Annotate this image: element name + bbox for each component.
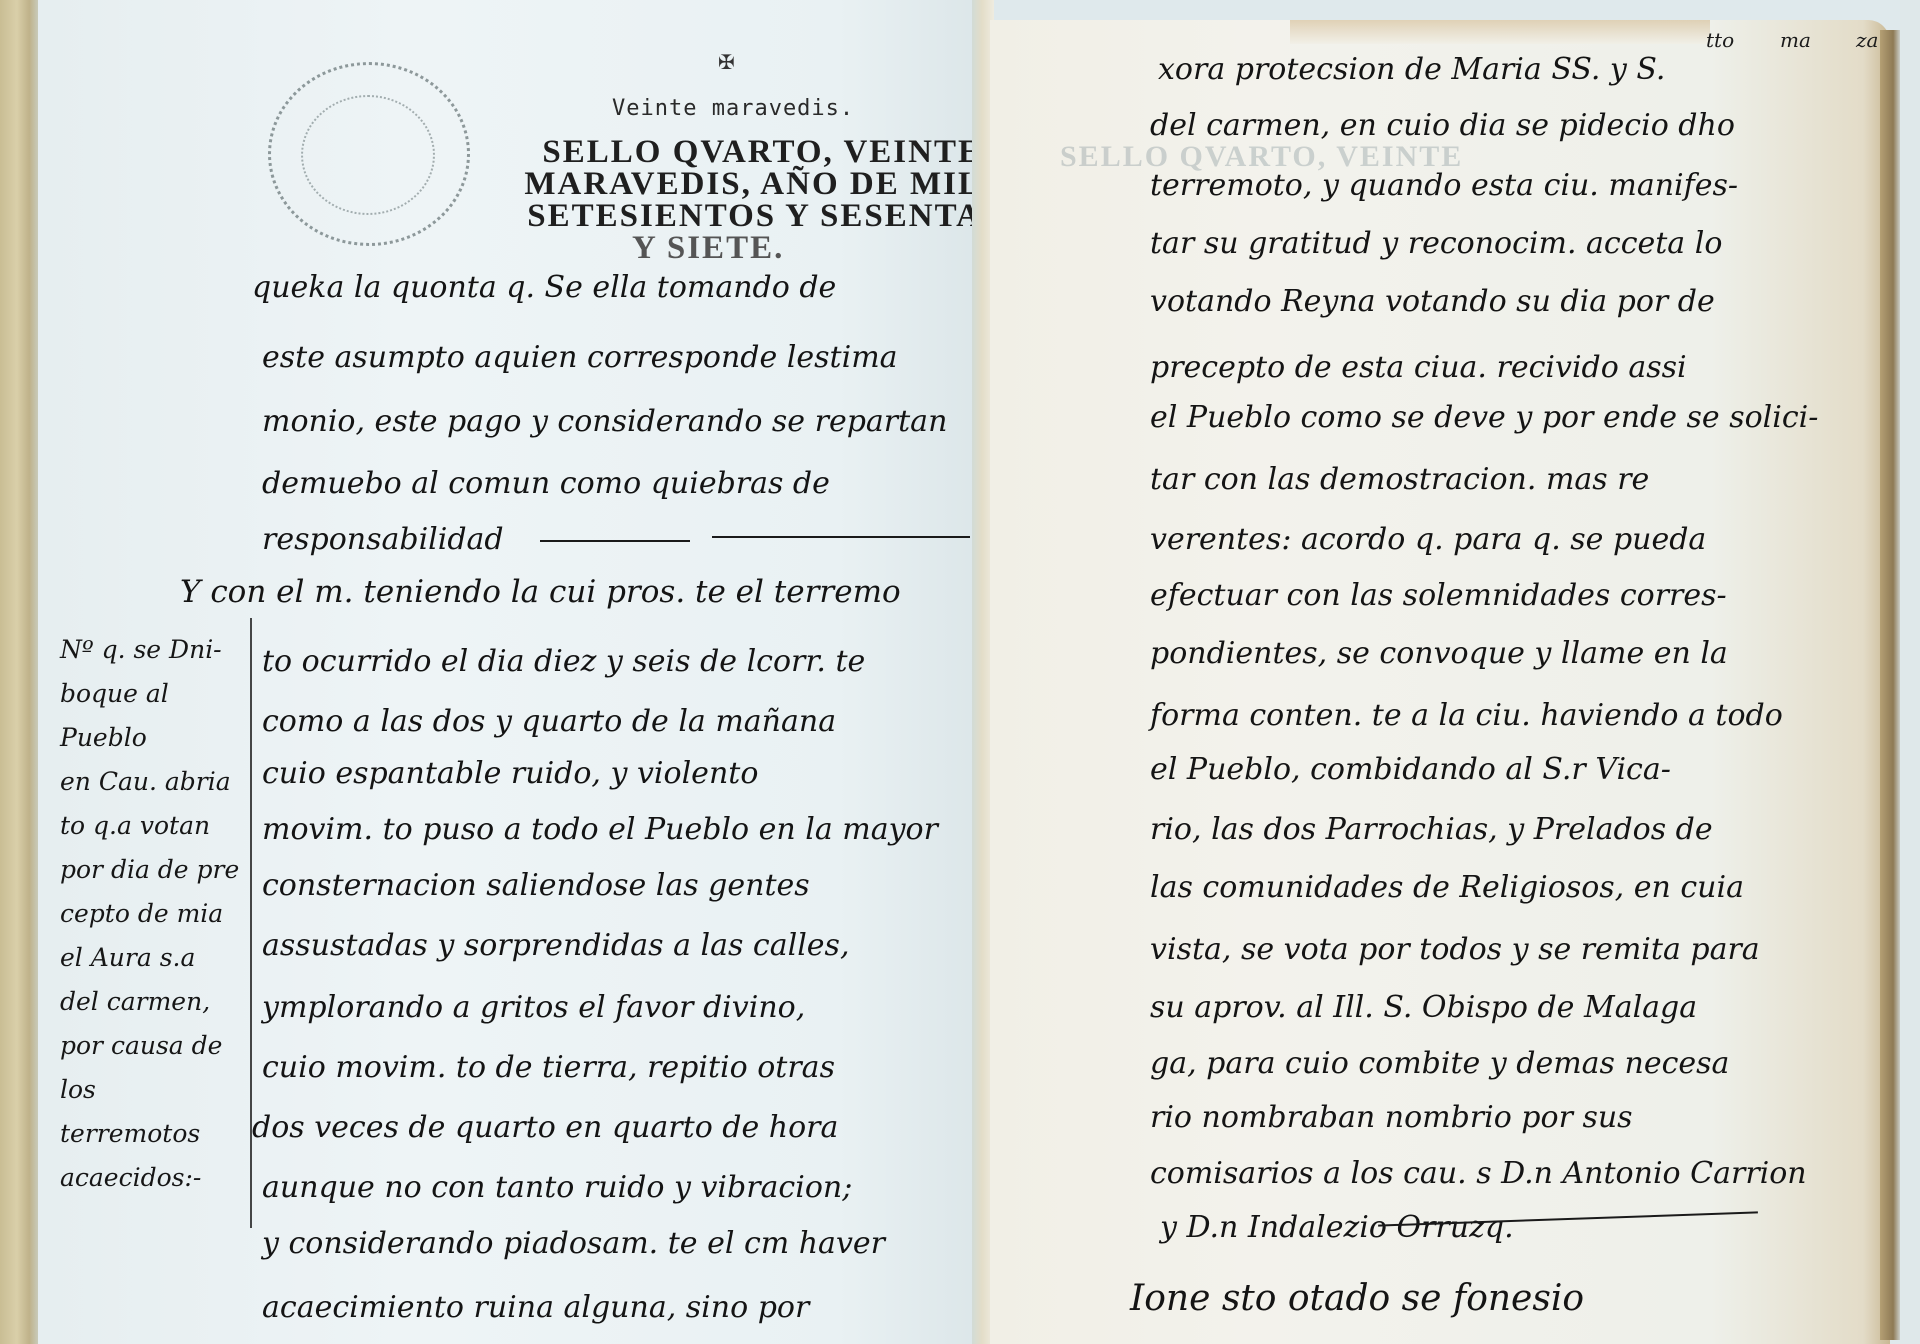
right-line: terremoto, y quando esta ciu. manifes- — [1150, 168, 1738, 203]
margin-annotation: Nº q. se Dni- boque al Pueblo en Cau. ab… — [60, 628, 250, 1200]
margin-line: del carmen, — [60, 980, 250, 1024]
left-line: acaecimiento ruina alguna, sino por — [262, 1290, 809, 1325]
stamp-heading: SELLO QVARTO, VEINTE MARAVEDIS, AÑO DE M… — [452, 136, 982, 264]
left-line: monio, este pago y considerando se repar… — [262, 404, 947, 439]
stamp-line: SELLO QVARTO, VEINTE — [452, 136, 982, 168]
left-line: consternacion saliendose las gentes — [262, 868, 810, 903]
right-line: tar su gratitud y reconocim. acceta lo — [1150, 226, 1722, 261]
right-line: xora protecsion de Maria SS. y S. — [1158, 52, 1665, 87]
margin-line: terremotos — [60, 1112, 250, 1156]
book-binding — [0, 0, 42, 1344]
left-line: como a las dos y quarto de la mañana — [262, 704, 836, 739]
right-line: precepto de esta ciua. recivido assi — [1150, 350, 1687, 385]
superscript: tto — [1706, 28, 1734, 52]
right-page — [990, 20, 1890, 1344]
right-line: rio nombraban nombrio por sus — [1150, 1100, 1633, 1135]
margin-line: acaecidos:- — [60, 1156, 250, 1200]
margin-line: por causa de los — [60, 1024, 250, 1112]
right-line: y D.n Indalezio Orruzq. — [1160, 1210, 1514, 1245]
signature-line: Ione sto otado se fonesio — [1130, 1278, 1584, 1319]
margin-line: en Cau. abria — [60, 760, 250, 804]
left-line: cuio movim. to de tierra, repitio otras — [262, 1050, 835, 1085]
right-line: rio, las dos Parrochias, y Prelados de — [1150, 812, 1713, 847]
manuscript-spread: ✠ Veinte maravedis. SELLO QVARTO, VEINTE… — [0, 0, 1920, 1344]
left-line: cuio espantable ruido, y violento — [262, 756, 758, 791]
stamp-seal-icon — [268, 62, 470, 246]
right-line: el Pueblo, combidando al S.r Vica- — [1150, 752, 1671, 787]
right-line: verentes: acordo q. para q. se pueda — [1150, 522, 1706, 557]
line-filler-rule — [540, 540, 690, 542]
left-line: dos veces de quarto en quarto de hora — [252, 1110, 838, 1145]
left-line: Y con el m. teniendo la cui pros. te el … — [180, 574, 901, 610]
margin-line: boque al Pueblo — [60, 672, 250, 760]
stamp-cross-icon: ✠ — [718, 50, 735, 74]
right-line: ga, para cuio combite y demas necesa — [1150, 1046, 1729, 1081]
stamp-subtitle: Veinte maravedis. — [612, 96, 854, 121]
right-line: votando Reyna votando su dia por de — [1150, 284, 1715, 319]
left-line: responsabilidad — [262, 522, 504, 557]
right-line: las comunidades de Religiosos, en cuia — [1150, 870, 1744, 905]
left-line: ymplorando a gritos el favor divino, — [262, 990, 805, 1025]
margin-line: por dia de pre — [60, 848, 250, 892]
left-line: aunque no con tanto ruido y vibracion; — [262, 1170, 852, 1205]
margin-line: el Aura s.a — [60, 936, 250, 980]
left-line: queka la quonta q. Se ella tomando de — [252, 270, 836, 305]
right-line: pondientes, se convoque y llame en la — [1150, 636, 1728, 671]
margin-divider-line — [250, 618, 252, 1228]
right-line: vista, se vota por todos y se remita par… — [1150, 932, 1760, 967]
background-surface — [1900, 0, 1920, 1344]
right-line: tar con las demostracion. mas re — [1150, 462, 1649, 497]
margin-line: to q.a votan — [60, 804, 250, 848]
left-line: assustadas y sorprendidas a las calles, — [262, 928, 849, 963]
superscript: ma — [1780, 28, 1811, 52]
right-line: forma conten. te a la ciu. haviendo a to… — [1150, 698, 1783, 733]
right-line: el Pueblo como se deve y por ende se sol… — [1150, 400, 1818, 435]
line-filler-rule — [712, 536, 970, 538]
margin-line: cepto de mia — [60, 892, 250, 936]
margin-line: Nº q. se Dni- — [60, 628, 250, 672]
left-line: movim. to puso a todo el Pueblo en la ma… — [262, 812, 938, 847]
stamp-line: SETESIENTOS Y SESENTA — [452, 200, 982, 232]
right-line: su aprov. al Ill. S. Obispo de Malaga — [1150, 990, 1697, 1025]
left-line: y considerando piadosam. te el cm haver — [262, 1226, 885, 1261]
superscript: za — [1856, 28, 1878, 52]
left-line: este asumpto aquien corresponde lestima — [262, 340, 898, 375]
right-line: del carmen, en cuio dia se pidecio dho — [1150, 108, 1735, 143]
stamp-line: Y SIETE. — [452, 232, 982, 264]
right-line: efectuar con las solemnidades corres- — [1150, 578, 1727, 613]
left-line: to ocurrido el dia diez y seis de lcorr.… — [262, 644, 865, 679]
stamp-line: MARAVEDIS, AÑO DE MIL — [452, 168, 982, 200]
left-line: demuebo al comun como quiebras de — [262, 466, 830, 501]
page-edge-stain — [1880, 30, 1902, 1340]
right-line: comisarios a los cau. s D.n Antonio Carr… — [1150, 1156, 1807, 1191]
